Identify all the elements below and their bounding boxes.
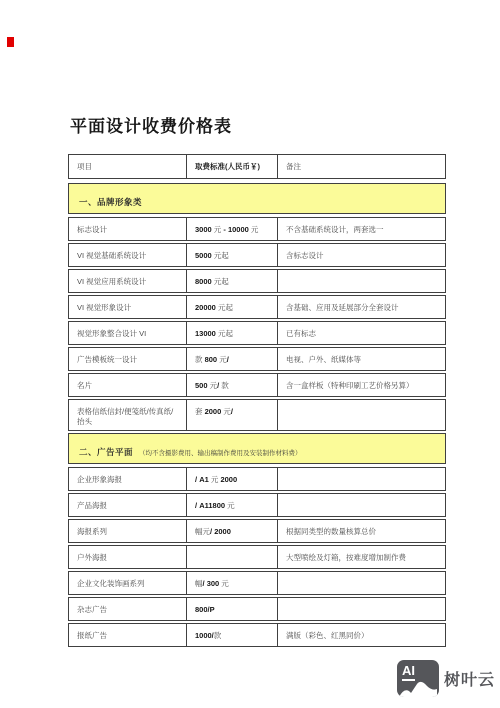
brand-watermark: AI 树叶云 (397, 660, 495, 697)
table-row: VI 视觉形象设计20000 元起含基础、应用及延展部分全套设计 (68, 295, 446, 319)
item-cell: 产品海报 (69, 494, 186, 516)
item-cell: 户外海报 (69, 546, 186, 568)
column-header-item: 项目 (69, 155, 186, 178)
fee-cell: 13000 元起 (186, 322, 277, 344)
note-cell: 大型喷绘及灯箱，按难度增加制作费 (277, 546, 445, 568)
table-row: 企业文化装饰画系列幅/ 300 元 (68, 571, 446, 595)
fee-cell: 1000/款 (186, 624, 277, 646)
page-title: 平面设计收费价格表 (70, 112, 232, 137)
section-heading: 二、广告平面 (79, 447, 133, 457)
brand-name: 树叶云 (444, 667, 495, 690)
note-cell (277, 572, 445, 594)
fee-cell: 800/P (186, 598, 277, 620)
table-row: 名片500 元/ 款含一盒样板（特种印刷工艺价格另算） (68, 373, 446, 397)
price-table: 项目 取费标准(人民币￥) 备注 一、品牌形象类标志设计3000 元 - 100… (68, 154, 446, 649)
column-header-note: 备注 (277, 155, 445, 178)
item-cell: 报纸广告 (69, 624, 186, 646)
note-cell (277, 598, 445, 620)
fee-cell: / A1 元 2000 (186, 468, 277, 490)
ai-image-icon: AI (397, 660, 439, 697)
fee-cell: 幅/ 300 元 (186, 572, 277, 594)
table-row: 表格信纸信封/便笺纸/传真纸/ 抬头套 2000 元/ (68, 399, 446, 431)
note-cell (277, 400, 445, 430)
fee-cell: 幅元/ 2000 (186, 520, 277, 542)
note-cell: 满版（彩色、红黑同价） (277, 624, 445, 646)
section-heading-note: （均不含摄影费用、输出稿制作费用及安装制作材料费） (139, 450, 302, 457)
item-cell: 表格信纸信封/便笺纸/传真纸/ 抬头 (69, 400, 186, 430)
note-cell: 已有标志 (277, 322, 445, 344)
item-cell: VI 视觉基础系统设计 (69, 244, 186, 266)
item-cell: 海报系列 (69, 520, 186, 542)
note-cell (277, 468, 445, 490)
note-cell: 不含基础系统设计，两套选一 (277, 218, 445, 240)
note-cell: 含标志设计 (277, 244, 445, 266)
table-row: 企业形象海报/ A1 元 2000 (68, 467, 446, 491)
table-row: 广告模板统一设计款 800 元/电视、户外、纸媒体等 (68, 347, 446, 371)
item-cell: 企业形象海报 (69, 468, 186, 490)
table-row: VI 视觉基础系统设计5000 元起含标志设计 (68, 243, 446, 267)
item-cell: 企业文化装饰画系列 (69, 572, 186, 594)
table-row: 产品海报/ A11800 元 (68, 493, 446, 517)
fee-cell: 500 元/ 款 (186, 374, 277, 396)
table-body: 一、品牌形象类标志设计3000 元 - 10000 元不含基础系统设计，两套选一… (68, 183, 446, 647)
table-row: 海报系列幅元/ 2000根据同类型的数量核算总价 (68, 519, 446, 543)
item-cell: 名片 (69, 374, 186, 396)
table-row: 标志设计3000 元 - 10000 元不含基础系统设计，两套选一 (68, 217, 446, 241)
item-cell: VI 视觉形象设计 (69, 296, 186, 318)
table-row: 户外海报大型喷绘及灯箱，按难度增加制作费 (68, 545, 446, 569)
item-cell: 杂志广告 (69, 598, 186, 620)
note-cell: 根据同类型的数量核算总价 (277, 520, 445, 542)
section-heading-row: 二、广告平面（均不含摄影费用、输出稿制作费用及安装制作材料费） (68, 433, 446, 464)
fee-cell (186, 546, 277, 568)
table-row: VI 视觉应用系统设计8000 元起 (68, 269, 446, 293)
note-cell: 含一盒样板（特种印刷工艺价格另算） (277, 374, 445, 396)
fee-cell: 3000 元 - 10000 元 (186, 218, 277, 240)
fee-cell: 20000 元起 (186, 296, 277, 318)
item-cell: VI 视觉应用系统设计 (69, 270, 186, 292)
note-cell: 电视、户外、纸媒体等 (277, 348, 445, 370)
red-stamp-mark (7, 37, 14, 47)
mountain-icon (397, 677, 439, 697)
table-row: 视觉形象整合设计 VI13000 元起已有标志 (68, 321, 446, 345)
table-header-row: 项目 取费标准(人民币￥) 备注 (68, 154, 446, 179)
document-page: 平面设计收费价格表 项目 取费标准(人民币￥) 备注 一、品牌形象类标志设计30… (0, 0, 500, 708)
fee-cell: 款 800 元/ (186, 348, 277, 370)
fee-cell: 套 2000 元/ (186, 400, 277, 430)
note-cell (277, 494, 445, 516)
item-cell: 标志设计 (69, 218, 186, 240)
section-heading: 一、品牌形象类 (79, 197, 142, 207)
column-header-fee: 取费标准(人民币￥) (186, 155, 277, 178)
fee-cell: 5000 元起 (186, 244, 277, 266)
note-cell: 含基础、应用及延展部分全套设计 (277, 296, 445, 318)
item-cell: 广告模板统一设计 (69, 348, 186, 370)
section-heading-row: 一、品牌形象类 (68, 183, 446, 214)
table-row: 杂志广告800/P (68, 597, 446, 621)
item-cell: 视觉形象整合设计 VI (69, 322, 186, 344)
table-row: 报纸广告1000/款满版（彩色、红黑同价） (68, 623, 446, 647)
note-cell (277, 270, 445, 292)
fee-cell: / A11800 元 (186, 494, 277, 516)
fee-cell: 8000 元起 (186, 270, 277, 292)
